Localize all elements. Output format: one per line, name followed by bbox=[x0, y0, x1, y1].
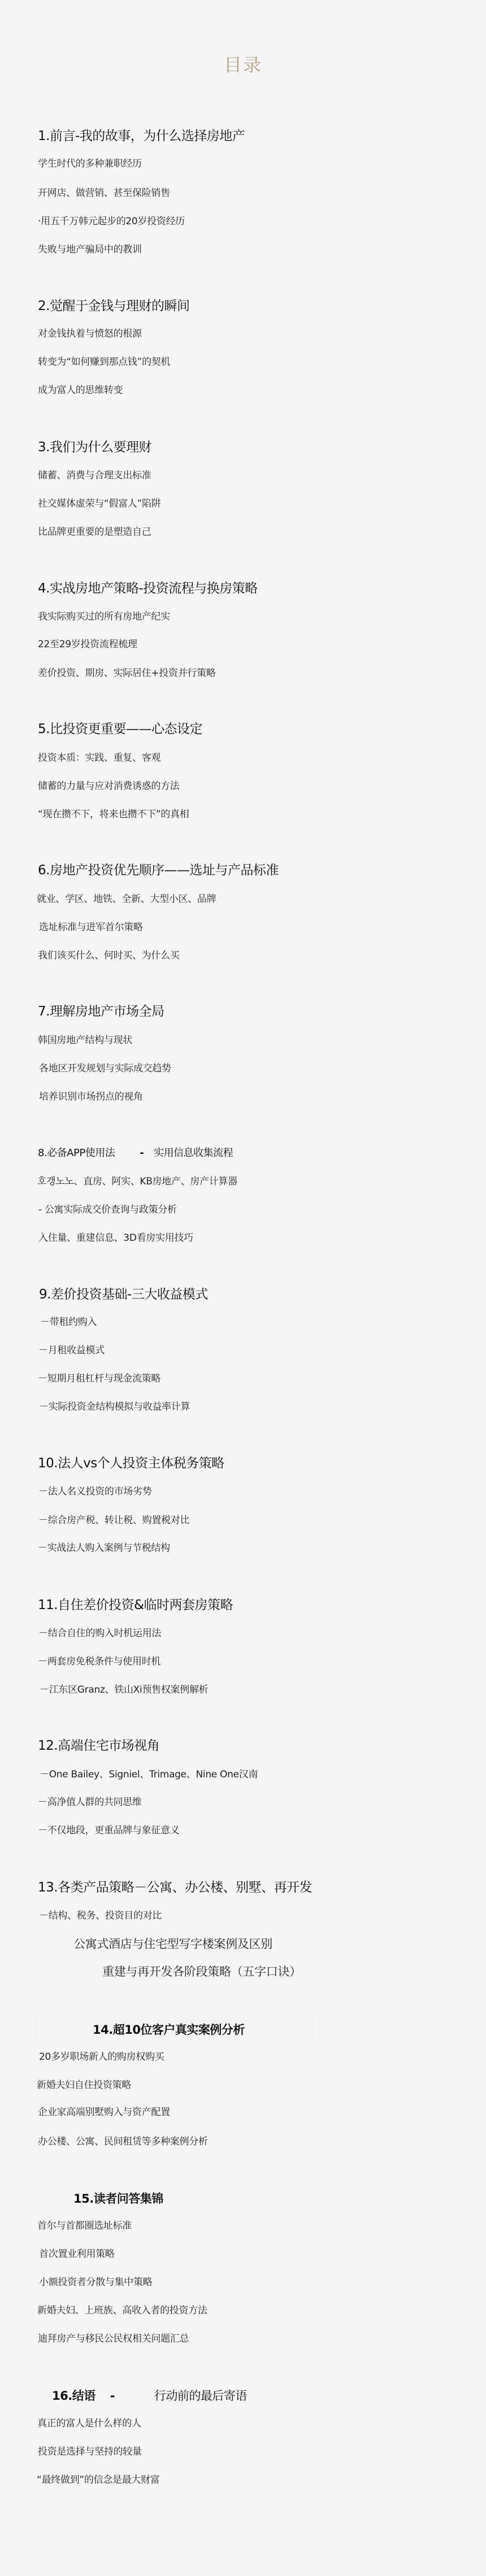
section-item[interactable]: 22至29岁投资流程梳理 bbox=[38, 638, 137, 651]
table-of-contents: 目录 1.前言-我的故事，为什么选择房地产 学生时代的多种兼职经历 开网店、做营… bbox=[0, 0, 486, 2576]
section-heading[interactable]: 4.实战房地产策略-投资流程与换房策略 bbox=[38, 580, 258, 597]
section-heading-suffix: 行动前的最后寄语 bbox=[154, 2389, 247, 2403]
section-item[interactable]: 真正的富人是什么样的人 bbox=[37, 2417, 141, 2430]
section-item[interactable]: 投资是选择与坚持的较量 bbox=[38, 2445, 142, 2459]
section-item[interactable]: －结构、税务、投资目的对比 bbox=[39, 1909, 162, 1923]
section-item[interactable]: 对金钱执着与愤怒的根源 bbox=[38, 327, 142, 341]
section-item[interactable]: 我们该买什么、何时买、为什么买 bbox=[38, 949, 180, 962]
section-heading-main: 16.结语 bbox=[52, 2389, 96, 2403]
section-item[interactable]: 办公楼、公寓、民间租赁等多种案例分析 bbox=[38, 2135, 208, 2148]
section-item[interactable]: 成为富人的思维转变 bbox=[38, 383, 123, 397]
section-item[interactable]: 储蓄的力量与应对消费诱惑的方法 bbox=[38, 779, 180, 793]
dash-separator: - bbox=[140, 1145, 144, 1162]
section-heading[interactable]: 14.超10位客户真实案例分析 bbox=[93, 2021, 245, 2038]
section-heading[interactable]: 10.法人vs个人投资主体税务策略 bbox=[38, 1455, 224, 1472]
section-item[interactable]: －One Bailey、Signiel、Trimage、Nine One汉南 bbox=[40, 1768, 258, 1781]
section-item[interactable]: - 公寓实际成交价查询与政策分析 bbox=[38, 1203, 177, 1217]
section-item[interactable]: －实战法人购入案例与节税结构 bbox=[38, 1541, 170, 1555]
section-item[interactable]: －带租约购入 bbox=[40, 1315, 97, 1329]
section-item[interactable]: －江东区Granz、铁山Xi预售权案例解析 bbox=[40, 1683, 208, 1697]
section-heading[interactable]: 16.结语-行动前的最后寄语 bbox=[52, 2387, 247, 2404]
section-item[interactable]: 迪拜房产与移民公民权相关问题汇总 bbox=[38, 2332, 189, 2346]
section-heading[interactable]: 9.差价投资基础-三大收益模式 bbox=[39, 1286, 208, 1303]
section-item[interactable]: “现在攒不下，将来也攒不下”的真相 bbox=[38, 808, 189, 821]
section-item[interactable]: 我实际购买过的所有房地产纪实 bbox=[38, 610, 170, 624]
section-heading[interactable]: 13.各类产品策略－公寓、办公楼、别墅、再开发 bbox=[38, 1879, 312, 1896]
section-heading-suffix: 实用信息收集流程 bbox=[154, 1147, 233, 1159]
section-item[interactable]: 入住量、重建信息、3D看房实用技巧 bbox=[38, 1231, 193, 1245]
section-heading[interactable]: 8.必备APP使用法-实用信息收集流程 bbox=[38, 1145, 233, 1162]
section-item[interactable]: 转变为“如何赚到那点钱”的契机 bbox=[38, 355, 170, 369]
section-heading[interactable]: 3.我们为什么要理财 bbox=[38, 439, 151, 456]
section-heading[interactable]: 11.自住差价投资&临时两套房策略 bbox=[38, 1597, 233, 1614]
section-item[interactable]: 20多岁职场新人的购房权购买 bbox=[39, 2050, 164, 2064]
section-item[interactable]: 首尔与首都圈选址标准 bbox=[37, 2219, 132, 2233]
section-item[interactable]: 储蓄、消费与合理支出标准 bbox=[38, 469, 151, 482]
section-item[interactable]: 首次置业利用策略 bbox=[39, 2247, 115, 2261]
section-heading[interactable]: 12.高端住宅市场视角 bbox=[38, 1737, 159, 1754]
section-item[interactable]: －实际投资金结构模拟与收益率计算 bbox=[39, 1400, 190, 1414]
section-item[interactable]: －法人名义投资的市场劣势 bbox=[38, 1485, 151, 1498]
section-heading[interactable]: 5.比投资更重要——心态设定 bbox=[38, 721, 202, 738]
section-item[interactable]: －高净值人群的共同思维 bbox=[38, 1795, 142, 1809]
section-item[interactable]: －月租收益模式 bbox=[38, 1344, 105, 1357]
section-item[interactable]: －两套房免税条件与使用时机 bbox=[38, 1655, 160, 1668]
section-item[interactable]: 重建与再开发各阶段策略（五字口诀） bbox=[102, 1965, 301, 1978]
section-item[interactable]: 社交媒体虚荣与“假富人”陷阱 bbox=[38, 497, 160, 511]
section-item[interactable]: 失败与地产骗局中的教训 bbox=[38, 243, 142, 256]
section-item[interactable]: 开网店、做营销、甚至保险销售 bbox=[38, 186, 170, 200]
section-heading[interactable]: 2.觉醒于金钱与理财的瞬间 bbox=[38, 298, 189, 315]
section-item[interactable]: 韩国房地产结构与现状 bbox=[38, 1034, 132, 1047]
section-item[interactable]: 培养识别市场拐点的视角 bbox=[39, 1090, 143, 1104]
section-heading-main: 8.必备APP使用法 bbox=[38, 1147, 115, 1159]
section-item[interactable]: 就业、学区、地铁、全新、大型小区、品牌 bbox=[37, 892, 216, 906]
section-item[interactable]: －综合房产税、转让税、购置税对比 bbox=[38, 1514, 189, 1527]
section-item[interactable]: 各地区开发规划与实际成交趋势 bbox=[39, 1062, 171, 1075]
section-heading[interactable]: 7.理解房地产市场全局 bbox=[38, 1003, 164, 1020]
section-item[interactable]: 公寓式酒店与住宅型写字楼案例及区别 bbox=[73, 1937, 272, 1951]
section-item[interactable]: 学生时代的多种兼职经历 bbox=[38, 157, 142, 171]
section-item[interactable]: 新婚夫妇自住投资策略 bbox=[37, 2078, 131, 2092]
section-item[interactable]: ·用五千万韩元起步的20岁投资经历 bbox=[38, 215, 185, 228]
section-item[interactable]: －短期月租杠杆与现金流策略 bbox=[38, 1372, 160, 1385]
dash-separator: - bbox=[110, 2387, 115, 2404]
section-heading[interactable]: 1.前言-我的故事，为什么选择房地产 bbox=[38, 128, 245, 145]
section-item[interactable]: 选址标准与进军首尔策略 bbox=[39, 921, 143, 934]
section-item[interactable]: 企业家高端别墅购入与资产配置 bbox=[38, 2106, 170, 2119]
section-item[interactable]: 差价投资、期房、实际居住+投资并行策略 bbox=[38, 666, 216, 680]
page-title: 目录 bbox=[0, 54, 486, 76]
section-item[interactable]: －结合自住的购入时机运用法 bbox=[38, 1627, 161, 1640]
section-item[interactable]: 小额投资者分散与集中策略 bbox=[39, 2276, 152, 2289]
section-item[interactable]: 新婚夫妇、上班族、高收入者的投资方法 bbox=[37, 2304, 207, 2317]
section-item[interactable]: 投资本质：实践、重复、客观 bbox=[38, 751, 160, 765]
section-item[interactable]: 比品牌更重要的是塑造自己 bbox=[38, 525, 151, 539]
section-item[interactable]: －不仅地段，更重品牌与象征意义 bbox=[38, 1824, 180, 1837]
section-heading[interactable]: 6.房地产投资优先顺序——选址与产品标准 bbox=[38, 862, 279, 879]
section-item[interactable]: 호갱노노、直房、阿实、KB房地产、房产计算器 bbox=[37, 1175, 237, 1188]
section-item[interactable]: “最终做到”的信念是最大财富 bbox=[37, 2473, 159, 2487]
section-heading[interactable]: 15.读者问答集锦 bbox=[73, 2190, 163, 2207]
